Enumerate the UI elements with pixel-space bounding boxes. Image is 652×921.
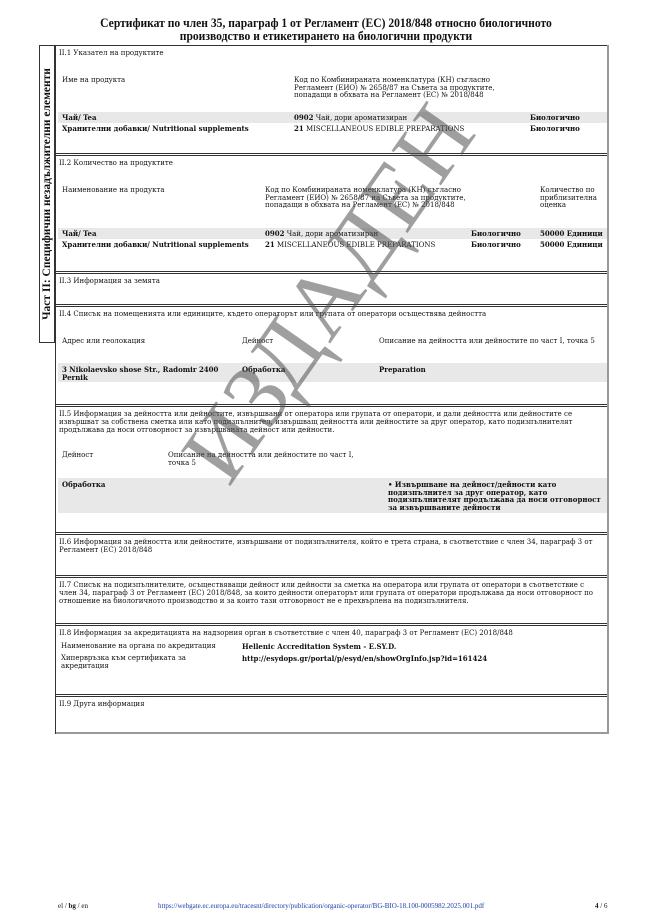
col-header-activity: Дейност [242, 338, 273, 346]
cn-code: 0902 Чай, дори ароматизиран [265, 230, 378, 239]
col-header-quantity: Количество по приблизителна оценка [540, 187, 604, 210]
section-ii-8-accreditation: II.8 Информация за акредитацията на надз… [56, 625, 607, 695]
cn-code: 21 MISCELLANEOUS EDIBLE PREPARATIONS [294, 125, 464, 134]
product-name: Хранителни добавки/ Nutritional suppleme… [62, 125, 249, 133]
lang-bg-current[interactable]: bg [69, 902, 76, 910]
cn-code: 21 MISCELLANEOUS EDIBLE PREPARATIONS [265, 241, 435, 250]
product-status: Биологично [471, 241, 521, 249]
side-label-text: Част II: Специфични незадължителни елеме… [41, 68, 53, 320]
product-status: Биологично [530, 114, 580, 122]
section-ii-2-product-quantity: II.2 Количество на продуктите Наименован… [56, 155, 607, 272]
certificate-part-ii-table: II.1 Указател на продуктите Име на проду… [55, 45, 609, 734]
premises-description: Preparation [379, 366, 426, 374]
col-header-address: Адрес или геолокация [62, 338, 145, 346]
section-title: II.9 Друга информация [56, 697, 607, 708]
accreditation-body-value: Hellenic Accreditation System - E.SY.D. [242, 643, 396, 651]
col-header-cn-code: Код по Комбинираната номенклатура (КН) с… [265, 187, 470, 210]
col-header-description: Описание на дейността или дейностите по … [379, 338, 604, 346]
section-ii-9-other-info: II.9 Друга информация [56, 696, 607, 734]
page-indicator: 4 / 6 [595, 902, 607, 910]
page-total: 6 [604, 902, 608, 910]
cn-code: 0902 Чай, дори ароматизиран [294, 114, 407, 123]
product-name: Хранителни добавки/ Nutritional suppleme… [62, 241, 249, 249]
col-header-product-name: Име на продукта [62, 77, 125, 85]
section-title: II.8 Информация за акредитацията на надз… [56, 626, 607, 637]
document-title: Сертификат по член 35, параграф 1 от Рег… [26, 17, 626, 43]
accreditation-link[interactable]: http://esydops.gr/portal/p/esyd/en/showO… [242, 655, 487, 663]
part-ii-side-label: Част II: Специфични незадължителни елеме… [39, 45, 55, 343]
section-title: II.3 Информация за земята [56, 274, 607, 285]
activity-name: Обработка [62, 481, 105, 489]
section-title: II.1 Указател на продуктите [56, 46, 607, 57]
premises-activity: Обработка [242, 366, 285, 374]
product-name: Чай/ Tea [62, 114, 97, 122]
section-title: II.2 Количество на продуктите [56, 156, 607, 167]
activity-subcontractor-note: • Извършване на дейност/дейности като по… [388, 481, 603, 511]
product-status: Биологично [530, 125, 580, 133]
col-header-product-name: Наименование на продукта [62, 187, 165, 195]
product-quantity: 50000 Единици [540, 241, 603, 249]
section-ii-1-product-index: II.1 Указател на продуктите Име на проду… [56, 45, 607, 154]
lang-en-link[interactable]: en [81, 902, 88, 910]
section-title: II.5 Информация за дейността или дейност… [56, 407, 607, 434]
section-ii-7-subcontractor-list: II.7 Списък на подизпълнителите, осъщест… [56, 577, 607, 624]
col-header-description: Описание на дейността или дейностите по … [168, 452, 368, 467]
product-status: Биологично [471, 230, 521, 238]
section-ii-6-third-party-subcontractor: II.6 Информация за дейността или дейност… [56, 534, 607, 576]
language-switcher: el / bg / en [58, 902, 88, 910]
col-header-cn-code: Код по Комбинираната номенклатура (КН) с… [294, 77, 504, 100]
section-title: II.6 Информация за дейността или дейност… [56, 535, 607, 554]
title-line-2: производство и етикетирането на биологич… [26, 30, 626, 43]
page-current: 4 [595, 902, 599, 910]
col-header-activity: Дейност [62, 452, 93, 460]
accreditation-link-label: Хипервръзка към сертификата за акредитац… [61, 655, 211, 670]
premises-address: 3 Nikolaevsko shose Str., Radomir 2400 P… [62, 366, 222, 381]
section-title: II.4 Списък на помещенията или единиците… [56, 307, 607, 318]
lang-el-link[interactable]: el [58, 902, 63, 910]
section-title: II.7 Списък на подизпълнителите, осъщест… [56, 578, 607, 605]
product-quantity: 50000 Единици [540, 230, 603, 238]
section-ii-3-land-info: II.3 Информация за земята [56, 273, 607, 305]
section-ii-5-activity-info: II.5 Информация за дейността или дейност… [56, 406, 607, 533]
footer-url: https://webgate.ec.europa.eu/tracesnt/di… [158, 902, 484, 910]
accreditation-body-label: Наименование на органа по акредитация [61, 643, 216, 651]
product-name: Чай/ Tea [62, 230, 97, 238]
publication-url-link[interactable]: https://webgate.ec.europa.eu/tracesnt/di… [158, 902, 484, 910]
section-ii-4-premises-list: II.4 Списък на помещенията или единиците… [56, 306, 607, 405]
